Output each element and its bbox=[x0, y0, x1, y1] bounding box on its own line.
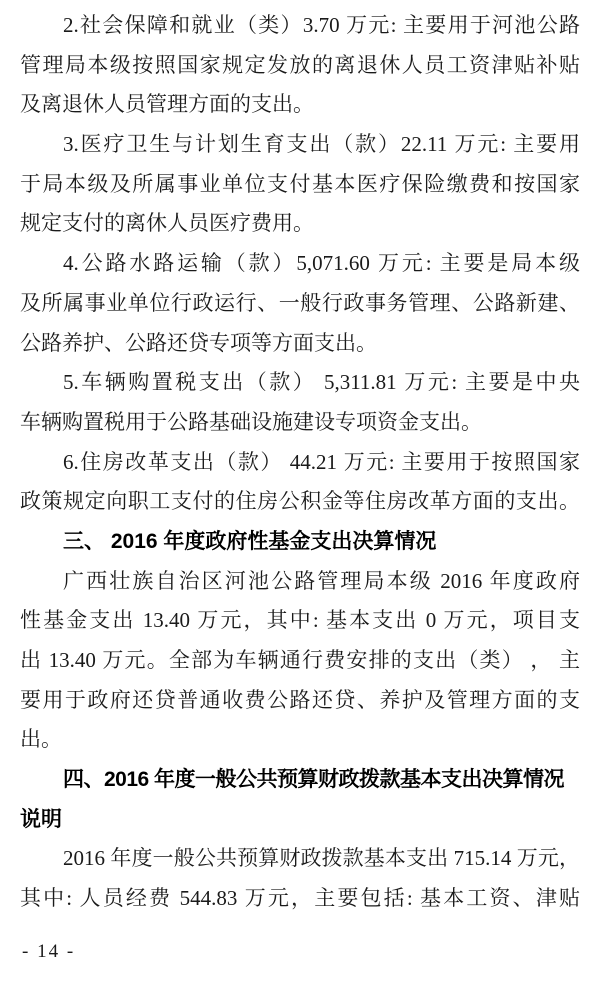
text-line: 管理局本级按照国家规定发放的离退休人员工资津贴补贴 bbox=[20, 46, 580, 86]
text-line: 公路养护、公路还贷专项等方面支出。 bbox=[20, 324, 580, 364]
page-number: - 14 - bbox=[22, 941, 75, 963]
text-line: 3.医疗卫生与计划生育支出（款）22.11 万元: 主要用 bbox=[20, 125, 580, 165]
paragraph-housing-reform: 6.住房改革支出（款） 44.21 万元: 主要用于按照国家 政策规定向职工支付… bbox=[20, 443, 580, 522]
text-line: 车辆购置税用于公路基础设施建设专项资金支出。 bbox=[20, 403, 580, 443]
section-four-heading-line-1: 四、2016 年度一般公共预算财政拨款基本支出决算情况 bbox=[20, 760, 580, 800]
text-line: 要用于政府还贷普通收费公路还贷、养护及管理方面的支 bbox=[20, 681, 580, 721]
text-line: 其中: 人员经费 544.83 万元，主要包括: 基本工资、津贴 bbox=[20, 879, 580, 919]
text-line: 规定支付的离休人员医疗费用。 bbox=[20, 204, 580, 244]
text-line: 出 13.40 万元。全部为车辆通行费安排的支出（类） ， 主 bbox=[20, 641, 580, 681]
section-three-heading: 三、 2016 年度政府性基金支出决算情况 bbox=[20, 522, 580, 562]
paragraph-medical-health-family-planning: 3.医疗卫生与计划生育支出（款）22.11 万元: 主要用 于局本级及所属事业单… bbox=[20, 125, 580, 244]
text-line: 广西壮族自治区河池公路管理局本级 2016 年度政府 bbox=[20, 562, 580, 602]
text-line: 及离退休人员管理方面的支出。 bbox=[20, 85, 580, 125]
text-line: 出。 bbox=[20, 720, 580, 760]
text-line: 2016 年度一般公共预算财政拨款基本支出 715.14 万元， bbox=[20, 839, 580, 879]
paragraph-basic-expenditure: 2016 年度一般公共预算财政拨款基本支出 715.14 万元， 其中: 人员经… bbox=[20, 839, 580, 918]
text-line: 政策规定向职工支付的住房公积金等住房改革方面的支出。 bbox=[20, 482, 580, 522]
text-line: 性基金支出 13.40 万元，其中: 基本支出 0 万元，项目支 bbox=[20, 601, 580, 641]
document-page: 2.社会保障和就业（类）3.70 万元: 主要用于河池公路 管理局本级按照国家规… bbox=[0, 0, 600, 919]
paragraph-vehicle-purchase-tax: 5.车辆购置税支出（款） 5,311.81 万元: 主要是中央 车辆购置税用于公… bbox=[20, 363, 580, 442]
text-line: 5.车辆购置税支出（款） 5,311.81 万元: 主要是中央 bbox=[20, 363, 580, 403]
text-line: 2.社会保障和就业（类）3.70 万元: 主要用于河池公路 bbox=[20, 6, 580, 46]
text-line: 4.公路水路运输（款）5,071.60 万元: 主要是局本级 bbox=[20, 244, 580, 284]
paragraph-government-fund-expenditure: 广西壮族自治区河池公路管理局本级 2016 年度政府 性基金支出 13.40 万… bbox=[20, 562, 580, 760]
paragraph-social-security-and-employment: 2.社会保障和就业（类）3.70 万元: 主要用于河池公路 管理局本级按照国家规… bbox=[20, 6, 580, 125]
section-four-heading: 四、2016 年度一般公共预算财政拨款基本支出决算情况 说明 bbox=[20, 760, 580, 839]
paragraph-highway-waterway-transport: 4.公路水路运输（款）5,071.60 万元: 主要是局本级 及所属事业单位行政… bbox=[20, 244, 580, 363]
text-line: 及所属事业单位行政运行、一般行政事务管理、公路新建、 bbox=[20, 284, 580, 324]
text-line: 6.住房改革支出（款） 44.21 万元: 主要用于按照国家 bbox=[20, 443, 580, 483]
text-line: 于局本级及所属事业单位支付基本医疗保险缴费和按国家 bbox=[20, 165, 580, 205]
section-four-heading-line-2: 说明 bbox=[20, 800, 580, 840]
